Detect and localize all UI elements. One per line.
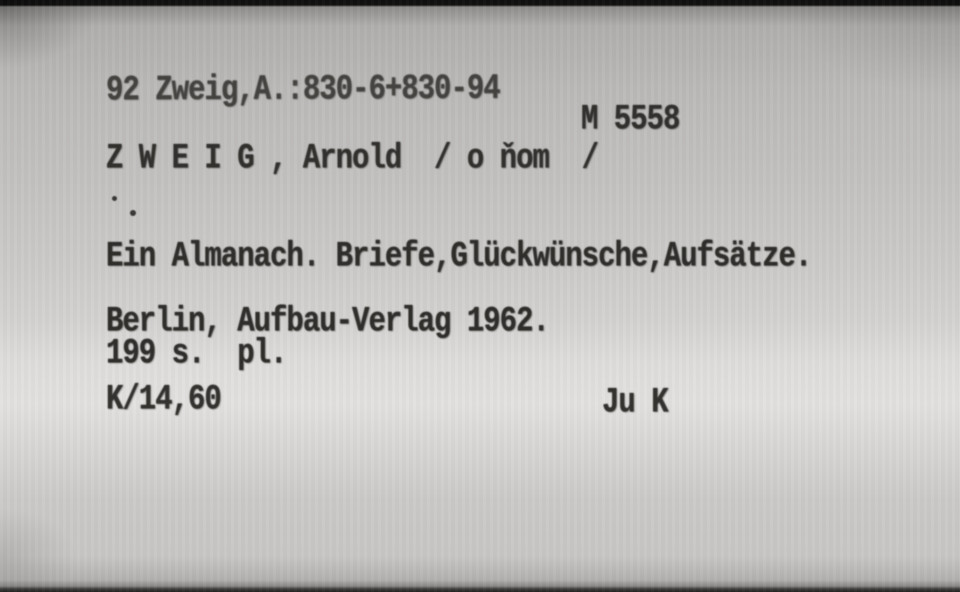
title-line: Ein Almanach. Briefe,Glückwünsche,Aufsät… bbox=[106, 239, 811, 274]
ink-speck bbox=[130, 210, 136, 216]
collation-line: 199 s. pl. bbox=[106, 336, 286, 371]
card-paper: 92 Zweig,A.:830-6+830-94 M 5558 Z W E I … bbox=[0, 0, 960, 592]
author-heading: Z W E I G , Arnold / o ňom / bbox=[106, 141, 598, 176]
call-number-line: 92 Zweig,A.:830-6+830-94 bbox=[106, 71, 500, 107]
ink-speck bbox=[112, 196, 117, 201]
cataloguer-mark: Ju K bbox=[602, 385, 668, 420]
scanned-catalog-card: 92 Zweig,A.:830-6+830-94 M 5558 Z W E I … bbox=[0, 0, 960, 592]
inventory-number: M 5558 bbox=[581, 102, 679, 137]
price-code: K/14,60 bbox=[106, 382, 221, 417]
